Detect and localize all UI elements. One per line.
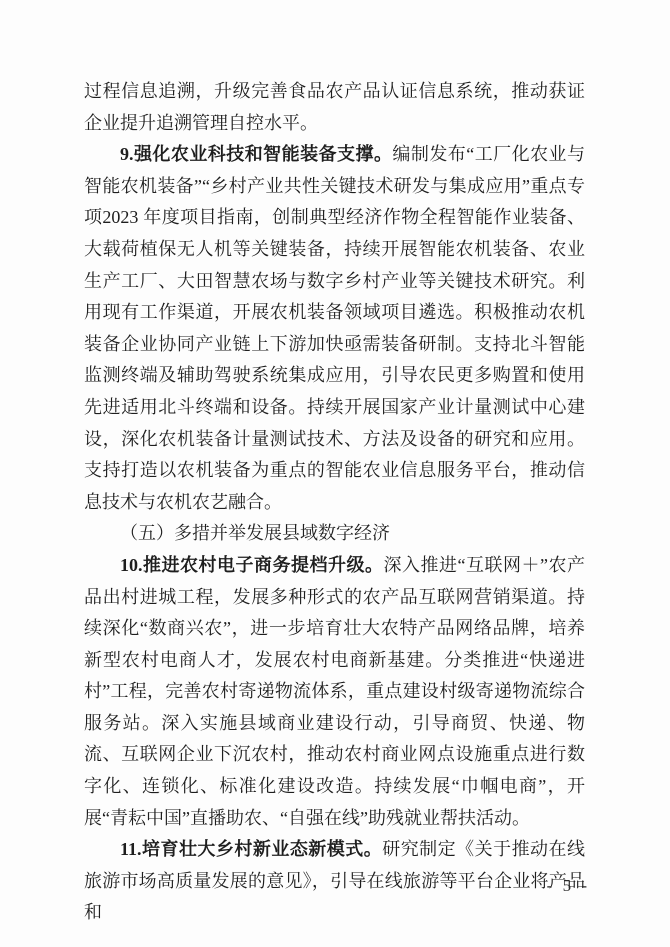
item-9-body: 编制发布“工厂化农业与智能农机装备”“乡村产业共性关键技术研发与集成应用”重点专…: [84, 144, 585, 512]
item-11-heading: 11.培育壮大乡村新业态新模式。: [120, 839, 382, 859]
paragraph-item-11: 11.培育壮大乡村新业态新模式。研究制定《关于推动在线旅游市场高质量发展的意见》…: [84, 834, 585, 929]
section-heading-5: （五）多措并举发展县域数字经济: [84, 518, 585, 550]
document-page: 过程信息追溯，升级完善食品农产品认证信息系统，推动获证企业提升追溯管理自控水平。…: [0, 0, 670, 947]
paragraph-item-10: 10.推进农村电子商务提档升级。深入推进“互联网＋”农产品出村进城工程，发展多种…: [84, 550, 585, 834]
paragraph-text: 过程信息追溯，升级完善食品农产品认证信息系统，推动获证企业提升追溯管理自控水平。: [84, 81, 585, 133]
section-heading-text: （五）多措并举发展县域数字经济: [120, 523, 390, 543]
item-10-body: 深入推进“互联网＋”农产品出村进城工程，发展多种形式的农产品互联网营销渠道。持续…: [84, 555, 585, 828]
paragraph-item-9: 9.强化农业科技和智能装备支撑。编制发布“工厂化农业与智能农机装备”“乡村产业共…: [84, 139, 585, 518]
item-9-heading: 9.强化农业科技和智能装备支撑。: [120, 144, 392, 164]
paragraph-continuation: 过程信息追溯，升级完善食品农产品认证信息系统，推动获证企业提升追溯管理自控水平。: [84, 76, 585, 139]
document-body: 过程信息追溯，升级完善食品农产品认证信息系统，推动获证企业提升追溯管理自控水平。…: [84, 76, 585, 929]
item-10-heading: 10.推进农村电子商务提档升级。: [120, 555, 384, 575]
page-number: - 5 -: [547, 876, 590, 896]
